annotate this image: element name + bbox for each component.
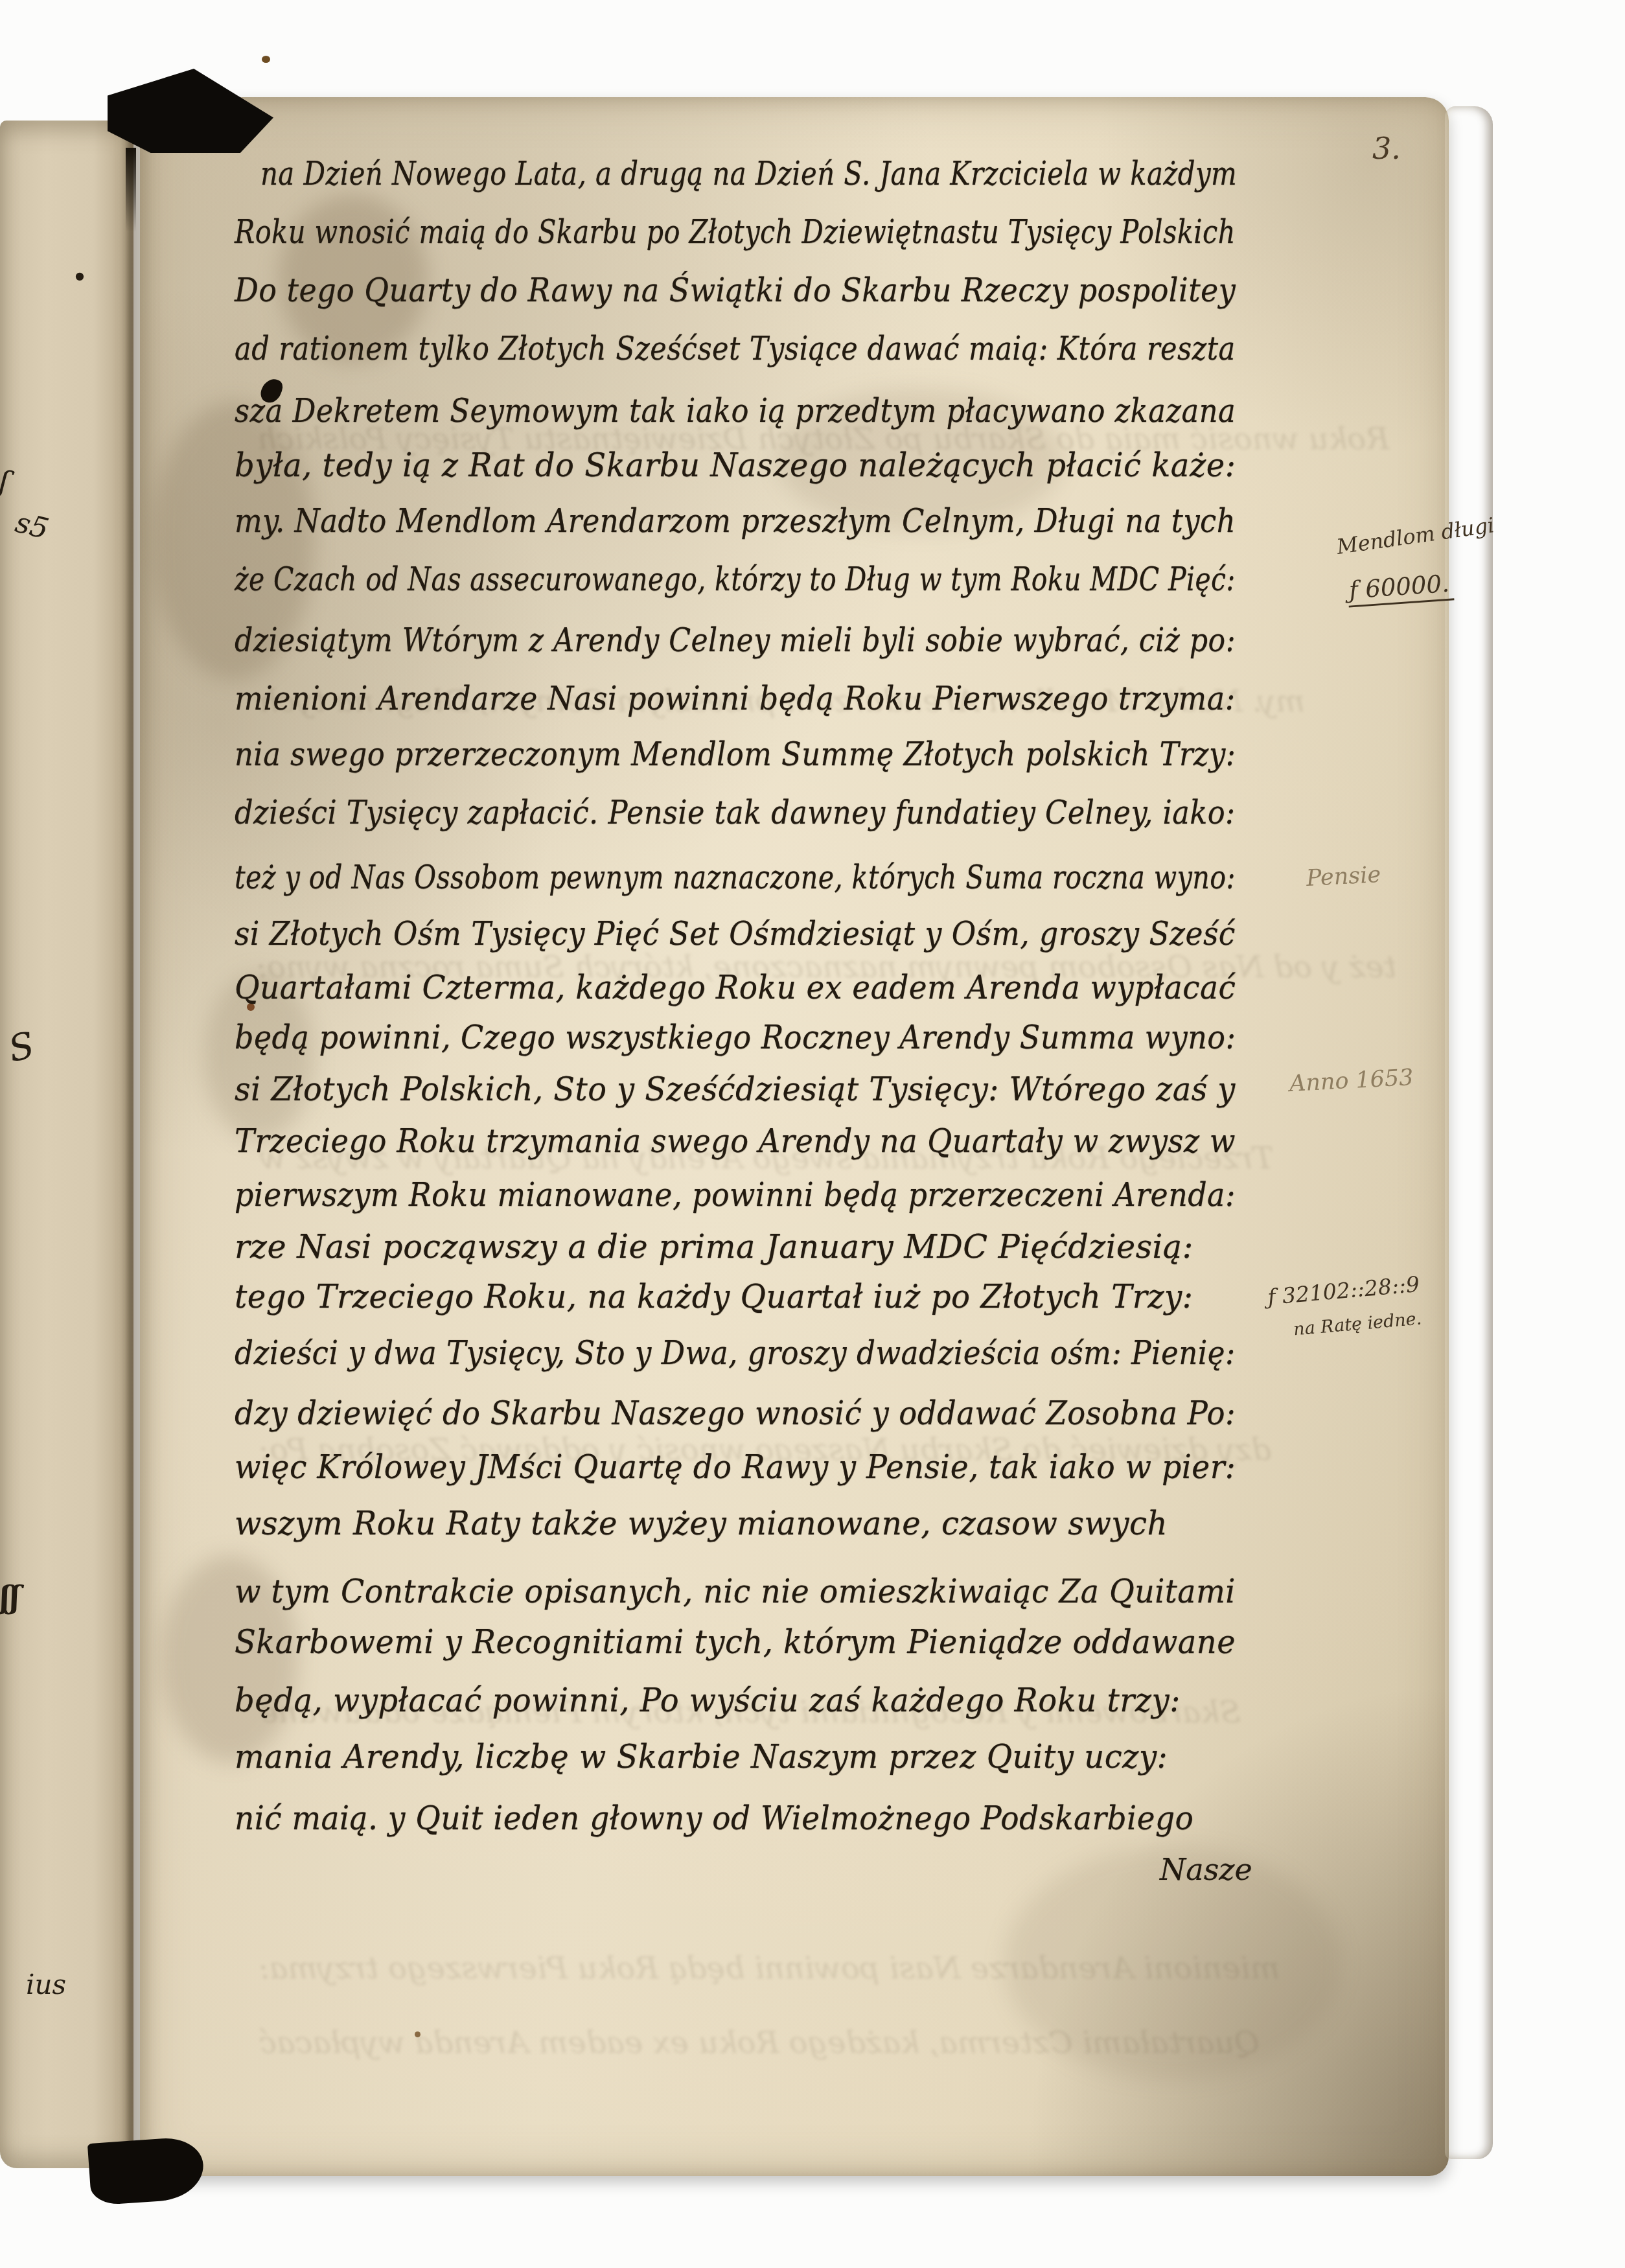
body-line: ad rationem tylko Złotych Sześćset Tysią… [235,330,1236,367]
body-line: Trzeciego Roku trzymania swego Arendy na… [235,1122,1236,1160]
body-line: mania Arendy, liczbę w Skarbie Naszym pr… [235,1738,1168,1776]
binding-gap-top-tail [126,148,136,232]
body-line: si Złotych Polskich, Sto y Sześćdziesiąt… [235,1070,1236,1108]
body-line: si Złotych Ośm Tysięcy Pięć Set Ośmdzies… [235,915,1236,953]
body-line: będą, wypłacać powinni, Po wyściu zaś ka… [235,1682,1181,1719]
body-line: Skarbowemi y Recognitiami tych, którym P… [235,1623,1236,1661]
body-line: Do tego Quarty do Rawy na Świątki do Ska… [235,272,1236,309]
body-line: była, tedy ią z Rat do Skarbu Naszego na… [235,446,1236,484]
body-line: będą powinni, Czego wszystkiego Roczney … [235,1019,1236,1056]
body-line: wszym Roku Raty także wyżey mianowane, c… [235,1505,1168,1542]
bleed-through-text: mienioni Arendarze Nasi powinni będą Rok… [259,1950,1280,1985]
page-edges-stack [1445,106,1493,2159]
body-line: my. Nadto Mendlom Arendarzom przeszłym C… [235,502,1236,540]
body-line: pierwszym Roku mianowane, powinni będą p… [235,1176,1236,1214]
body-line: dzieści Tysięcy zapłacić. Pensie tak daw… [235,794,1236,831]
body-line: że Czach od Nas assecurowanego, którzy t… [235,561,1236,598]
page-number: 3. [1372,131,1401,166]
body-line: więc Królowey JMści Quartę do Rawy y Pen… [235,1448,1236,1486]
ink-fragment: ● [75,270,84,282]
body-line: nia swego przerzeczonym Mendlom Summę Zł… [235,735,1236,773]
body-line: też y od Nas Ossobom pewnym naznaczone, … [235,859,1236,896]
body-line: Quartałami Czterma, każdego Roku ex eade… [235,969,1236,1006]
margin-note-pensions: Pensie [1306,862,1381,892]
binding-gap-top [108,69,273,153]
body-line: tego Trzeciego Roku, na każdy Quartał iu… [235,1278,1193,1315]
binding-gap-bottom [87,2136,205,2206]
manuscript-scan: ● ʃ s5 S ʃʃ ius Roku wnosić maią do Skar… [0,0,1625,2268]
ink-fragment: ʃ [0,463,12,499]
body-line: dziesiątym Wtórym z Arendy Celney mieli … [235,621,1236,659]
body-line: Roku wnosić maią do Skarbu po Złotych Dz… [235,213,1236,251]
bleed-through-text: Quartałami Czterma, każdego Roku ex eade… [259,2025,1260,2060]
body-line: dzy dziewięć do Skarbu Naszego wnosić y … [235,1394,1236,1432]
ink-fragment: S [5,1024,38,1071]
ink-fragment: ius [26,1969,66,2000]
body-line: w tym Contrakcie opisanych, nic nie omie… [235,1573,1236,1610]
body-line: sza Dekretem Seymowym tak iako ią przedt… [235,392,1236,430]
body-line: na Dzień Nowego Lata, a drugą na Dzień S… [260,155,1237,192]
body-line: rze Nasi począwszy a die prima January M… [235,1228,1193,1266]
previous-page-edge: ● ʃ s5 S ʃʃ ius [0,121,133,2168]
body-line: mienioni Arendarze Nasi powinni będą Rok… [235,680,1236,717]
body-line: nić maią. y Quit ieden głowny od Wielmoż… [235,1799,1193,1837]
body-line: dzieści y dwa Tysięcy, Sto y Dwa, groszy… [235,1334,1236,1372]
ink-fragment: s5 [12,506,52,546]
catchword: Nasze [1160,1852,1252,1887]
ink-speck [262,56,270,63]
ink-fragment: ʃʃ [0,1580,19,1615]
